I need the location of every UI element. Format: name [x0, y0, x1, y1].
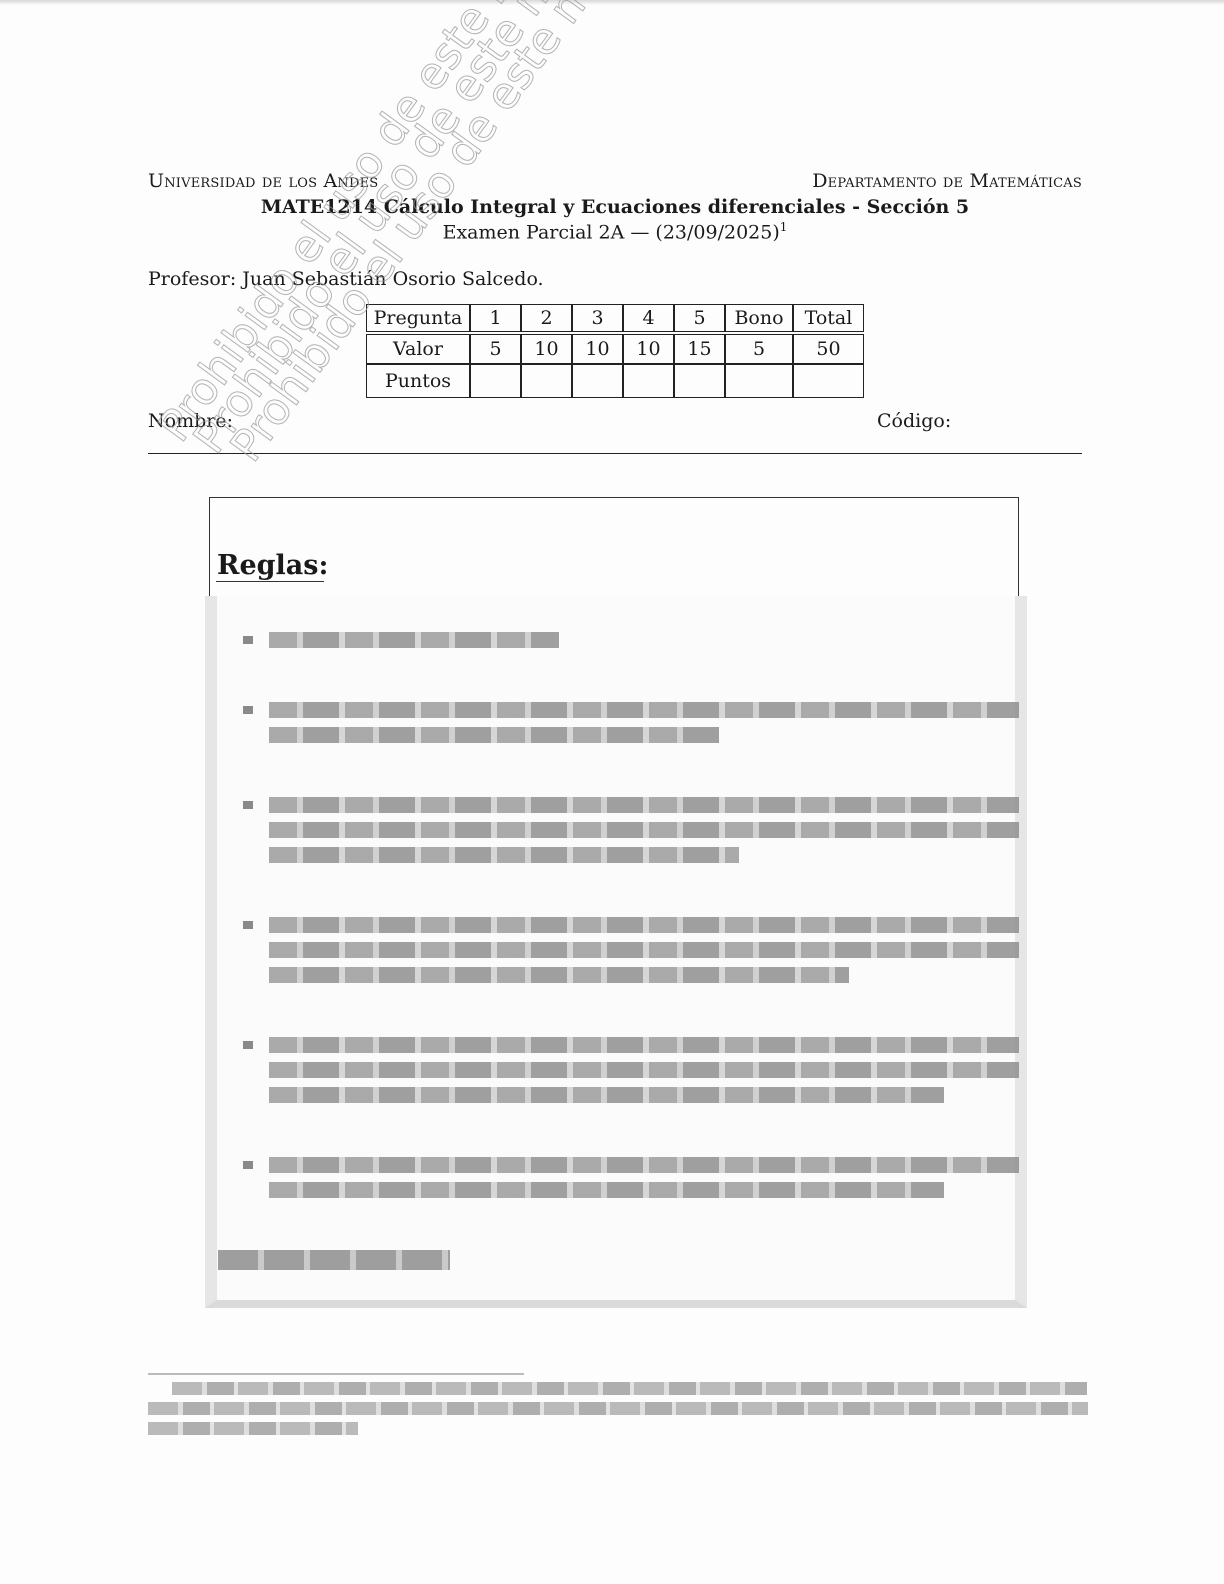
question-col-1: 1: [470, 304, 521, 332]
score-table-puntos-row: Puntos: [366, 364, 864, 398]
redacted-text: [269, 1062, 1019, 1078]
score-table-valor-row: Valor 5 10 10 10 15 5 50: [366, 334, 864, 364]
score-table-header-row: Pregunta 1 2 3 4 5 Bono Total: [366, 304, 864, 332]
exam-page: Universidad de los Andes Departamento de…: [0, 0, 1224, 1584]
bullet-icon: [243, 801, 253, 809]
code-label: Código:: [877, 410, 951, 432]
puntos-cell[interactable]: [521, 364, 572, 398]
valor-cell: 10: [521, 334, 572, 364]
bullet-icon: [243, 1161, 253, 1169]
footnote-redacted-line: [172, 1382, 1087, 1395]
scan-edge: [0, 0, 1224, 5]
row-label-valor: Valor: [366, 334, 470, 364]
redacted-text: [269, 1157, 1019, 1173]
footnote-redacted-line: [148, 1422, 358, 1435]
course-title: MATE1214 Cálculo Integral y Ecuaciones d…: [0, 196, 1224, 218]
puntos-cell[interactable]: [674, 364, 725, 398]
valor-cell: 15: [674, 334, 725, 364]
score-table: Pregunta 1 2 3 4 5 Bono Total Valor 5 10…: [366, 304, 864, 398]
redacted-text: [269, 1182, 944, 1198]
redacted-text: [269, 847, 739, 863]
redacted-text: [269, 967, 849, 983]
exam-time-redacted: [218, 1250, 450, 1270]
valor-cell: 5: [470, 334, 521, 364]
puntos-cell[interactable]: [793, 364, 864, 398]
valor-cell: 10: [572, 334, 623, 364]
name-code-line[interactable]: [148, 453, 1082, 454]
question-col-4: 4: [623, 304, 674, 332]
question-col-bono: Bono: [725, 304, 793, 332]
bullet-icon: [243, 706, 253, 714]
exam-label: Examen Parcial 2A — (23/09/2025)1: [0, 220, 1224, 243]
redacted-text: [269, 727, 719, 743]
redacted-text: [269, 797, 1019, 813]
valor-cell: 5: [725, 334, 793, 364]
bullet-icon: [243, 1041, 253, 1049]
puntos-cell[interactable]: [623, 364, 674, 398]
redacted-text: [269, 942, 1019, 958]
redacted-text: [269, 822, 1019, 838]
question-col-3: 3: [572, 304, 623, 332]
valor-cell: 50: [793, 334, 864, 364]
puntos-cell[interactable]: [470, 364, 521, 398]
professor-line: Profesor: Juan Sebastián Osorio Salcedo.: [148, 268, 544, 290]
rules-title: Reglas:: [217, 550, 328, 581]
redacted-text: [269, 917, 1019, 933]
row-label-pregunta: Pregunta: [366, 304, 470, 332]
redacted-text: [269, 1087, 944, 1103]
footnote-redacted-line: [148, 1402, 1088, 1415]
puntos-cell[interactable]: [572, 364, 623, 398]
valor-cell: 10: [623, 334, 674, 364]
question-col-5: 5: [674, 304, 725, 332]
question-col-total: Total: [793, 304, 864, 332]
row-label-puntos: Puntos: [366, 364, 470, 398]
name-label: Nombre:: [148, 410, 233, 432]
bullet-icon: [243, 921, 253, 929]
exam-label-text: Examen Parcial 2A — (23/09/2025): [443, 221, 780, 243]
redacted-text: [269, 702, 1019, 718]
department-name: Departamento de Matemáticas: [812, 170, 1082, 192]
footnote-rule: [148, 1373, 524, 1375]
footnote-mark: 1: [780, 220, 788, 234]
redacted-text: [269, 632, 559, 648]
question-col-2: 2: [521, 304, 572, 332]
rules-title-underline: [216, 581, 324, 582]
puntos-cell[interactable]: [725, 364, 793, 398]
bullet-icon: [243, 636, 253, 644]
university-name: Universidad de los Andes: [148, 170, 378, 192]
redacted-text: [269, 1037, 1019, 1053]
